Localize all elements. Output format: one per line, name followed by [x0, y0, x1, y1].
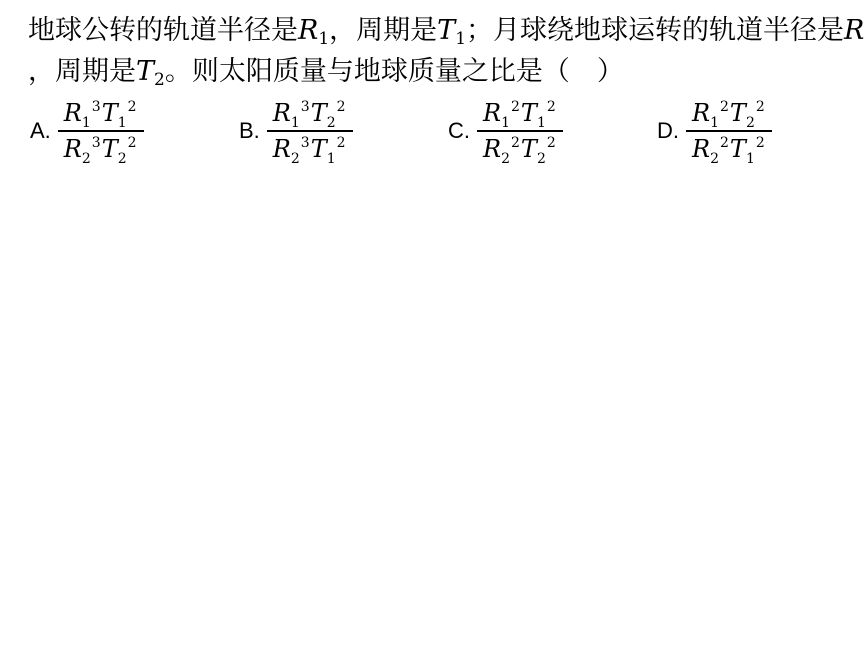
var-superscript: 2	[128, 99, 137, 115]
var-base: T	[730, 135, 746, 163]
var-base: T	[102, 99, 118, 127]
option-c-label: C.	[448, 118, 470, 144]
var-subscript: 2	[118, 151, 127, 167]
option-a-denominator: R23T22	[58, 130, 144, 166]
option-d-label: D.	[657, 118, 679, 144]
option-d: D. R12T22 R22T12	[657, 96, 864, 166]
question-segment: ，周期是	[28, 56, 136, 86]
var-subscript: 2	[291, 151, 300, 167]
var-base: T	[311, 99, 327, 127]
var-subscript: 1	[710, 115, 719, 131]
option-a-numerator: R13T12	[58, 96, 144, 130]
option-a-fraction: R13T12 R23T22	[58, 96, 144, 166]
var-base: T	[730, 99, 746, 127]
math-term: R22	[692, 133, 730, 165]
option-b-numerator: R13T22	[267, 96, 353, 130]
option-a-label: A.	[30, 118, 51, 144]
math-term: T12	[521, 97, 557, 129]
option-d-fraction: R12T22 R22T12	[686, 96, 772, 166]
option-c-numerator: R12T12	[477, 96, 563, 130]
math-term: R13	[273, 97, 311, 129]
option-b-denominator: R23T12	[267, 130, 353, 166]
var-base: R	[483, 99, 501, 127]
var-superscript: 2	[128, 135, 137, 151]
var-base: R	[483, 135, 501, 163]
option-b-fraction: R13T22 R23T12	[267, 96, 353, 166]
var-subscript: 2	[154, 70, 165, 90]
var-base: T	[437, 15, 455, 46]
math-term: T22	[521, 133, 557, 165]
var-base: T	[521, 99, 537, 127]
var-subscript: 1	[746, 151, 755, 167]
var-base: R	[273, 135, 291, 163]
var-superscript: 3	[301, 99, 310, 115]
math-term: T12	[311, 133, 347, 165]
math-variable-R1: R1	[298, 15, 329, 45]
question-line-1: 地球公转的轨道半径是R1，周期是T1；月球绕地球运转的轨道半径是R2	[28, 10, 848, 51]
var-subscript: 2	[501, 151, 510, 167]
var-superscript: 2	[511, 135, 520, 151]
var-subscript: 1	[501, 115, 510, 131]
math-term: T12	[730, 133, 766, 165]
math-term: R12	[483, 97, 521, 129]
var-superscript: 2	[547, 135, 556, 151]
math-term: T12	[102, 97, 138, 129]
var-superscript: 2	[756, 135, 765, 151]
var-superscript: 2	[547, 99, 556, 115]
var-superscript: 2	[720, 135, 729, 151]
math-variable-T1: T1	[437, 15, 466, 45]
var-subscript: 2	[327, 115, 336, 131]
question-text: 地球公转的轨道半径是R1，周期是T1；月球绕地球运转的轨道半径是R2 ，周期是T…	[28, 10, 848, 92]
math-term: R23	[273, 133, 311, 165]
question-segment: ；月球绕地球运转的轨道半径是	[466, 15, 844, 45]
var-subscript: 2	[82, 151, 91, 167]
var-subscript: 2	[746, 115, 755, 131]
math-variable-R2: R2	[844, 15, 864, 45]
var-base: T	[136, 56, 154, 87]
option-b: B. R13T22 R23T12	[239, 96, 448, 166]
math-term: R23	[64, 133, 102, 165]
var-base: R	[64, 135, 82, 163]
var-base: R	[692, 99, 710, 127]
var-base: R	[844, 15, 864, 46]
math-term: R22	[483, 133, 521, 165]
var-superscript: 2	[337, 99, 346, 115]
var-subscript: 1	[318, 29, 329, 49]
option-d-denominator: R22T12	[686, 130, 772, 166]
var-subscript: 1	[327, 151, 336, 167]
options-row: A. R13T12 R23T22 B. R13T22 R23T12 C. R12…	[30, 96, 864, 166]
var-base: T	[311, 135, 327, 163]
var-subscript: 1	[455, 29, 466, 49]
var-superscript: 3	[92, 135, 101, 151]
var-subscript: 1	[118, 115, 127, 131]
question-segment: ，周期是	[329, 15, 437, 45]
math-term: T22	[311, 97, 347, 129]
question-line-2: ，周期是T2。则太阳质量与地球质量之比是（ ）	[28, 51, 848, 92]
math-term: R13	[64, 97, 102, 129]
var-base: T	[102, 135, 118, 163]
var-base: T	[521, 135, 537, 163]
var-base: R	[64, 99, 82, 127]
var-subscript: 2	[710, 151, 719, 167]
question-segment: 。则太阳质量与地球质量之比是（ ）	[165, 56, 624, 86]
var-superscript: 2	[756, 99, 765, 115]
var-superscript: 2	[337, 135, 346, 151]
var-subscript: 1	[82, 115, 91, 131]
option-c-fraction: R12T12 R22T22	[477, 96, 563, 166]
var-base: R	[298, 15, 318, 46]
var-superscript: 2	[720, 99, 729, 115]
var-superscript: 3	[301, 135, 310, 151]
math-term: T22	[102, 133, 138, 165]
question-segment: 地球公转的轨道半径是	[28, 15, 298, 45]
var-subscript: 1	[537, 115, 546, 131]
var-base: R	[692, 135, 710, 163]
var-subscript: 2	[537, 151, 546, 167]
option-c-denominator: R22T22	[477, 130, 563, 166]
option-b-label: B.	[239, 118, 260, 144]
math-variable-T2: T2	[136, 56, 165, 86]
option-a: A. R13T12 R23T22	[30, 96, 239, 166]
var-superscript: 2	[511, 99, 520, 115]
var-subscript: 1	[291, 115, 300, 131]
var-superscript: 3	[92, 99, 101, 115]
var-base: R	[273, 99, 291, 127]
math-term: R12	[692, 97, 730, 129]
math-term: T22	[730, 97, 766, 129]
option-c: C. R12T12 R22T22	[448, 96, 657, 166]
option-d-numerator: R12T22	[686, 96, 772, 130]
